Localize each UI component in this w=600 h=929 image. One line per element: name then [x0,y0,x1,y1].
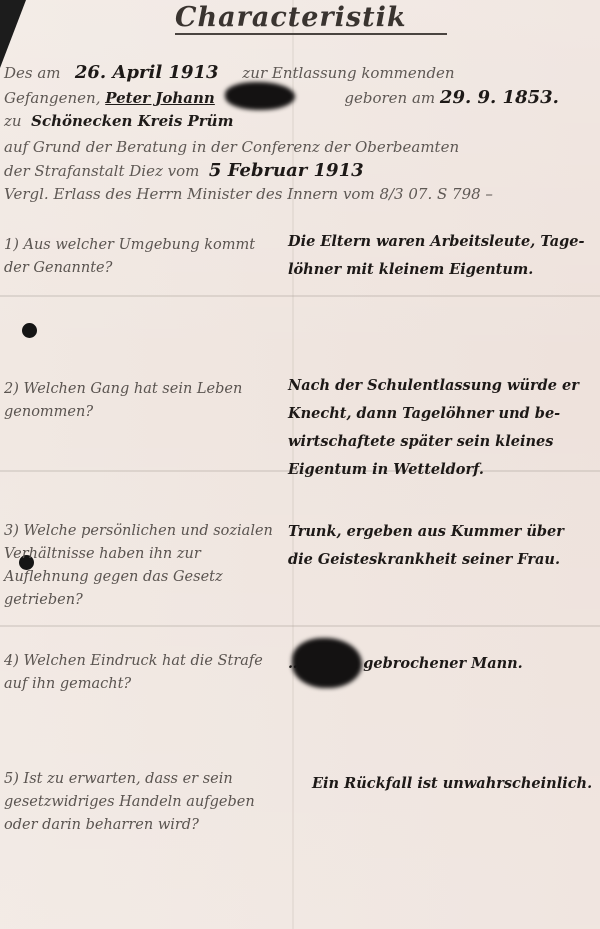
question-number: 5) [4,771,19,787]
answer-2: Nach der Schulentlassung würde er Knecht… [288,372,588,484]
birth-date: 29. 9. 1853. [440,87,559,108]
answer-1: Die Eltern waren Arbeitsleute, Tage-löhn… [288,228,588,284]
document-title: Characteristik [175,2,447,35]
punch-hole [22,323,37,338]
question-1: 1) Aus welcher Umgebung kommt der Genann… [4,234,279,280]
header-text: Vergl. Erlass des Herrn Minister des Inn… [4,185,493,203]
question-2: 2) Welchen Gang hat sein Leben genommen? [4,378,279,424]
question-4: 4) Welchen Eindruck hat die Strafe auf i… [4,650,279,696]
header-text: der Strafanstalt Diez vom [4,162,199,180]
fold-line [0,625,600,627]
prisoner-name: Peter Johann [105,89,215,107]
scan-corner-shadow [0,0,26,68]
header-text: auf Grund der Beratung in der Conferenz … [4,138,459,156]
header-line-4: auf Grund der Beratung in der Conferenz … [4,138,459,156]
fold-line [0,295,600,297]
question-number: 2) [4,381,19,397]
birthplace: Schönecken Kreis Prüm [31,112,233,130]
question-3: 3) Welche persönlichen und sozialen Verh… [4,520,274,612]
question-number: 3) [4,523,19,539]
header-line-3: zu Schönecken Kreis Prüm [4,112,233,130]
answer-3: Trunk, ergeben aus Kummer über die Geist… [288,518,588,574]
question-number: 1) [4,237,19,253]
header-line-5: der Strafanstalt Diez vom 5 Februar 1913 [4,160,364,181]
question-5: 5) Ist zu erwarten, dass er sein gesetzw… [4,768,279,837]
redaction-blot [292,638,362,688]
answer-5: Ein Rückfall ist unwahrscheinlich. [312,770,600,798]
header-line-1: Des am 26. April 1913 zur Entlassung kom… [4,62,455,83]
question-text: Ist zu erwarten, dass er sein gesetzwidr… [4,771,255,833]
question-text: Aus welcher Umgebung kommt der Genannte? [4,237,255,276]
question-number: 4) [4,653,19,669]
redaction-blot [225,82,295,110]
header-text: zu [4,112,22,130]
header-text: zur Entlassung kommenden [242,64,454,82]
question-text: Welche persönlichen und sozialen Verhält… [4,523,273,608]
header-text: Des am [4,64,61,82]
question-text: Welchen Gang hat sein Leben genommen? [4,381,242,420]
release-date: 26. April 1913 [75,62,219,83]
conference-date: 5 Februar 1913 [209,160,364,181]
header-text: Gefangenen, [4,89,100,107]
header-line-6: Vergl. Erlass des Herrn Minister des Inn… [4,185,493,203]
question-text: Welchen Eindruck hat die Strafe auf ihn … [4,653,263,692]
header-text: geboren am [344,89,435,107]
